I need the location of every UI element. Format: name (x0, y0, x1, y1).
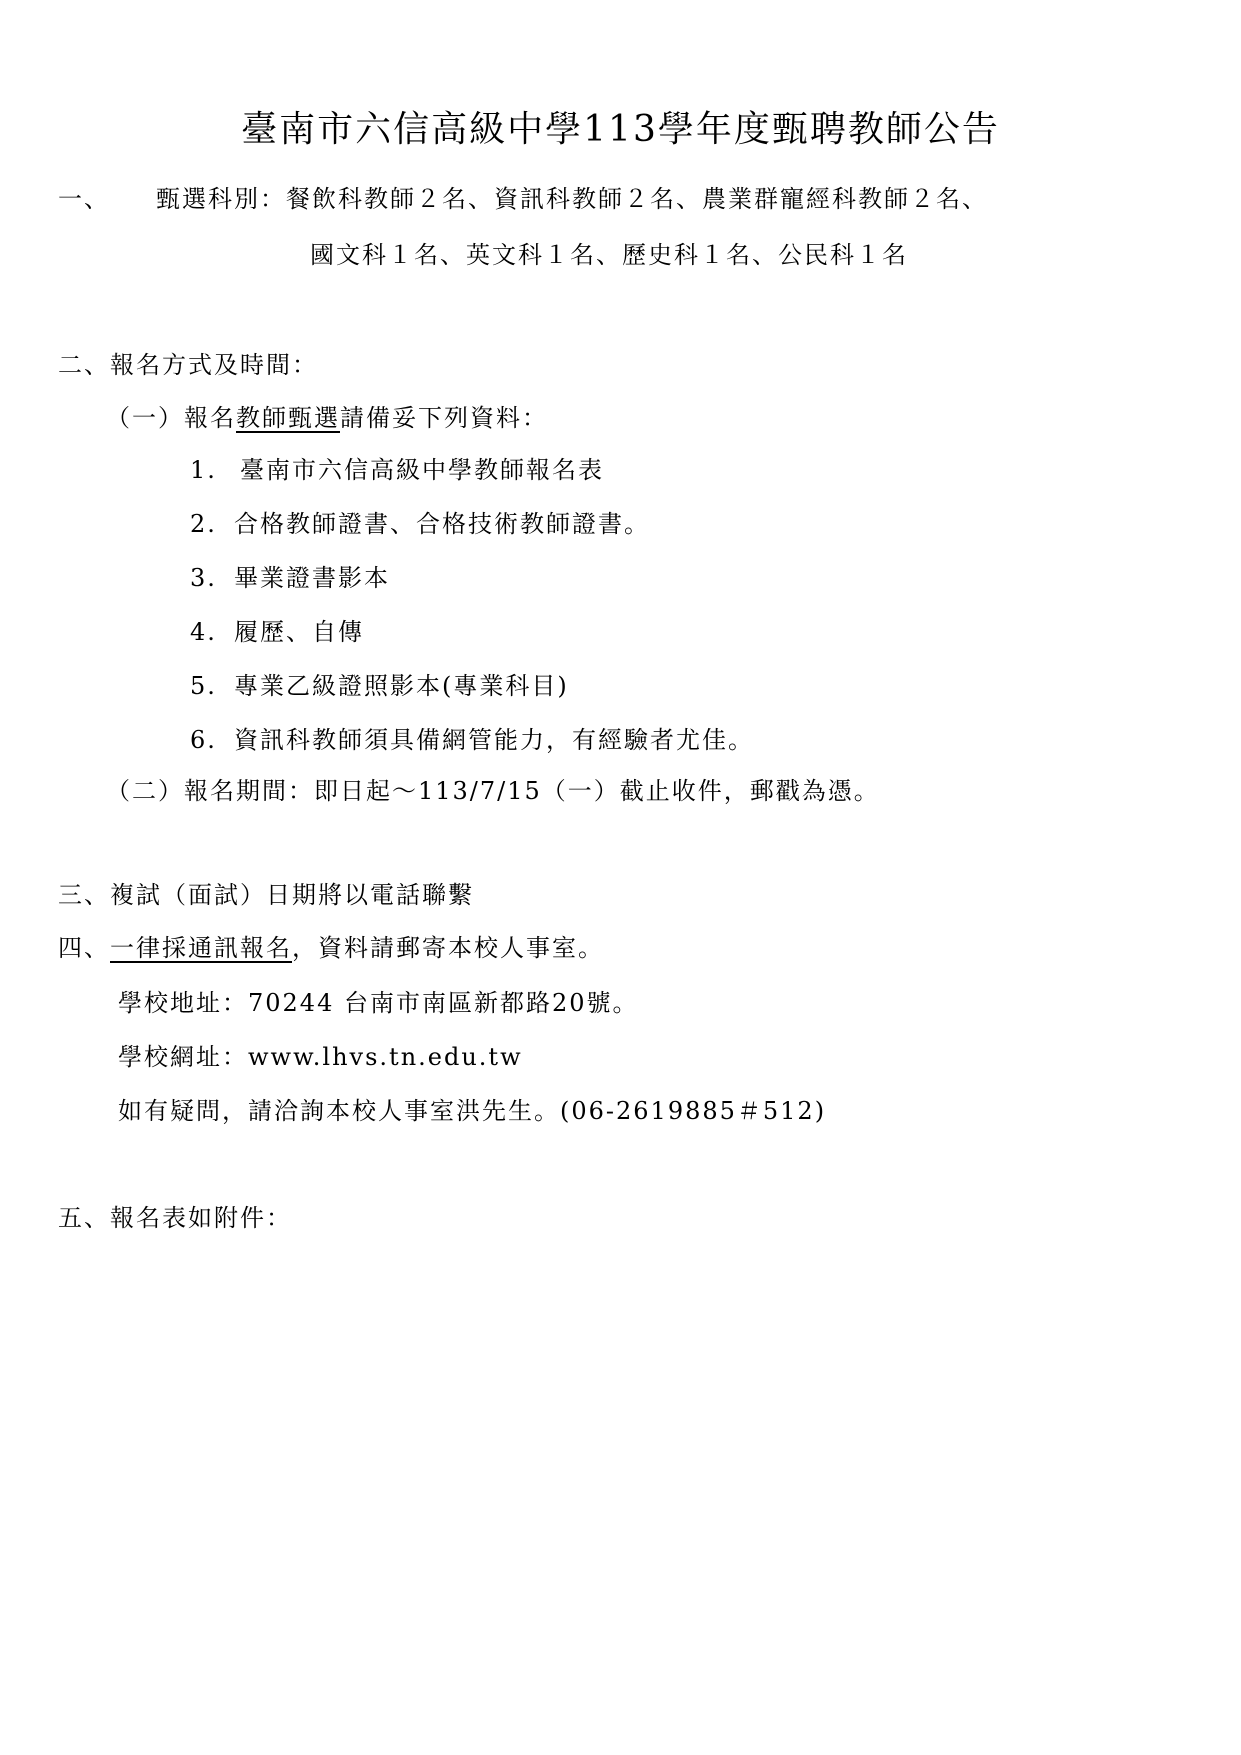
section4-line: 四、一律採通訊報名，資料請郵寄本校人事室。 (58, 933, 604, 963)
list-item: 4.履歷、自傳 (190, 617, 364, 647)
sub2-text: 報名期間：即日起～113/7/15（一）截止收件，郵戳為憑。 (184, 777, 880, 805)
list-item-number: 3. (190, 563, 234, 593)
sub1-underlined: 教師甄選 (236, 404, 340, 432)
list-item: 2.合格教師證書、合格技術教師證書。 (190, 509, 650, 539)
list-item-text: 資訊科教師須具備網管能力，有經驗者尤佳。 (234, 726, 754, 754)
list-item: 1.臺南市六信高級中學教師報名表 (190, 455, 604, 485)
document-page: 臺南市六信高級中學113學年度甄聘教師公告 一、 甄選科別：餐飲科教師２名、資訊… (0, 0, 1241, 1755)
section4-suffix: ，資料請郵寄本校人事室。 (292, 934, 604, 962)
section4-marker: 四、 (58, 934, 110, 962)
contact-info: 如有疑問，請洽詢本校人事室洪先生。(06-2619885＃512) (118, 1096, 826, 1126)
document-title: 臺南市六信高級中學113學年度甄聘教師公告 (0, 108, 1241, 152)
section5-text: 五、報名表如附件： (58, 1203, 292, 1233)
list-item-number: 5. (190, 671, 234, 701)
list-item-number: 2. (190, 509, 234, 539)
list-item-number: 6. (190, 725, 234, 755)
list-item-text: 專業乙級證照影本(專業科目) (234, 672, 569, 700)
section1-marker: 一、 (58, 184, 110, 214)
section1-line2: 國文科１名、英文科１名、歷史科１名、公民科１名 (310, 240, 908, 270)
list-item: 6.資訊科教師須具備網管能力，有經驗者尤佳。 (190, 725, 754, 755)
list-item-number: 1. (190, 455, 240, 485)
school-address: 學校地址：70244 台南市南區新都路20號。 (118, 988, 639, 1018)
sub1-prefix: 報名 (184, 404, 236, 432)
sub1-marker: （一） (106, 404, 184, 432)
section1-line1: 甄選科別：餐飲科教師２名、資訊科教師２名、農業群寵經科教師２名、 (156, 184, 988, 214)
sub1-suffix: 請備妥下列資料： (340, 404, 548, 432)
section4-underlined: 一律採通訊報名 (110, 934, 292, 962)
school-website: 學校網址：www.lhvs.tn.edu.tw (118, 1042, 523, 1072)
section2-sub2: （二）報名期間：即日起～113/7/15（一）截止收件，郵戳為憑。 (106, 776, 880, 806)
section2-sub1: （一）報名教師甄選請備妥下列資料： (106, 403, 548, 433)
list-item: 3.畢業證書影本 (190, 563, 390, 593)
sub2-marker: （二） (106, 777, 184, 805)
list-item: 5.專業乙級證照影本(專業科目) (190, 671, 569, 701)
list-item-text: 臺南市六信高級中學教師報名表 (240, 456, 604, 484)
list-item-number: 4. (190, 617, 234, 647)
list-item-text: 合格教師證書、合格技術教師證書。 (234, 510, 650, 538)
list-item-text: 履歷、自傳 (234, 618, 364, 646)
section2-heading: 二、報名方式及時間： (58, 350, 318, 380)
section3-text: 三、複試（面試）日期將以電話聯繫 (58, 880, 474, 910)
list-item-text: 畢業證書影本 (234, 564, 390, 592)
